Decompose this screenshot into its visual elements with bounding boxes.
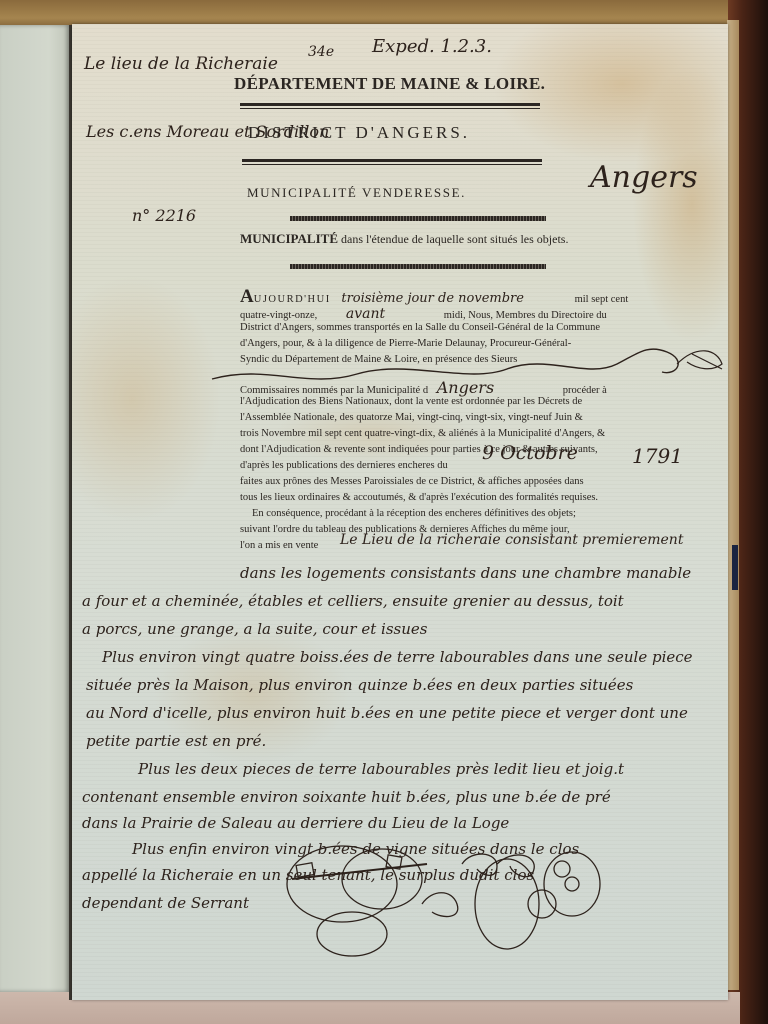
description-line: au Nord d'icelle, plus environ huit b.ée… — [86, 704, 688, 722]
divider — [242, 164, 542, 165]
description-line: située près la Maison, plus environ quin… — [86, 676, 633, 694]
description-line: Plus les deux pieces de terre labourable… — [138, 760, 624, 778]
body-line-14: En conséquence, procédant à la réception… — [240, 508, 576, 519]
description-line: petite partie est en pré. — [86, 732, 266, 750]
body-line-16: l'on a mis en vente — [240, 540, 318, 551]
divider — [240, 103, 540, 106]
description-line: contenant ensemble environ soixante huit… — [82, 788, 611, 806]
municipality-value: Angers — [590, 160, 698, 195]
description-line: Plus environ vingt quatre boiss.ées de t… — [102, 648, 693, 666]
description-line: a four et a cheminée, étables et cellier… — [82, 592, 624, 610]
fill-time: avant — [346, 306, 385, 322]
department-heading: DÉPARTEMENT DE MAINE & LOIRE. — [234, 74, 545, 94]
body-line-7: l'Adjudication des Biens Nationaux, dont… — [240, 396, 582, 407]
fill-date: troisième jour de novembre — [341, 291, 524, 306]
divider — [240, 108, 540, 109]
file-number: n° 2216 — [132, 206, 196, 225]
body-line-6: Commissaires nommés par la Municipalité … — [240, 378, 607, 397]
margin-note-place: Le lieu de la Richeraie — [84, 54, 278, 74]
body-line-9: trois Novembre mil sept cent quatre-ving… — [240, 428, 605, 439]
divider — [290, 216, 546, 221]
description-line: a porcs, une grange, a la suite, cour et… — [82, 620, 427, 638]
body-line-8: l'Assemblée Nationale, des quatorze Mai,… — [240, 412, 583, 423]
fill-publication-date: 9 Octobre — [482, 442, 578, 464]
description-line: Le Lieu de la richeraie consistant premi… — [340, 532, 683, 548]
body-line-1: AUJOURD'HUI troisième jour de novembre m… — [240, 286, 628, 308]
district-heading: DISTRICT D'ANGERS. — [248, 123, 470, 143]
description-line: dans les logements consistants dans une … — [240, 564, 691, 582]
page-edge — [727, 20, 739, 990]
page-marker — [732, 545, 738, 590]
selling-municipality-label: MUNICIPALITÉ VENDERESSE. — [247, 185, 466, 201]
document-page: Le lieu de la Richeraie 34e Exped. 1.2.3… — [72, 24, 728, 1000]
fill-publication-year: 1791 — [632, 444, 683, 468]
signature-flourish — [272, 824, 672, 964]
body-line-13: tous les lieux ordinaires & accoutumés, … — [240, 492, 598, 503]
body-line-11: d'après les publications des dernieres e… — [240, 460, 448, 471]
divider — [290, 264, 546, 269]
description-line: dependant de Serrant — [82, 894, 249, 912]
fill-municipality: Angers — [437, 378, 494, 397]
objects-municipality-label: MUNICIPALITÉ dans l'étendue de laquelle … — [240, 231, 568, 247]
body-line-2: quatre-vingt-onze, avant midi, Nous, Mem… — [240, 306, 607, 322]
body-line-12: faites aux prônes des Messes Paroissiale… — [240, 476, 584, 487]
divider — [242, 159, 542, 162]
expedition-note: Exped. 1.2.3. — [372, 36, 492, 57]
facing-page — [0, 25, 70, 992]
lot-number: 34e — [308, 44, 334, 60]
